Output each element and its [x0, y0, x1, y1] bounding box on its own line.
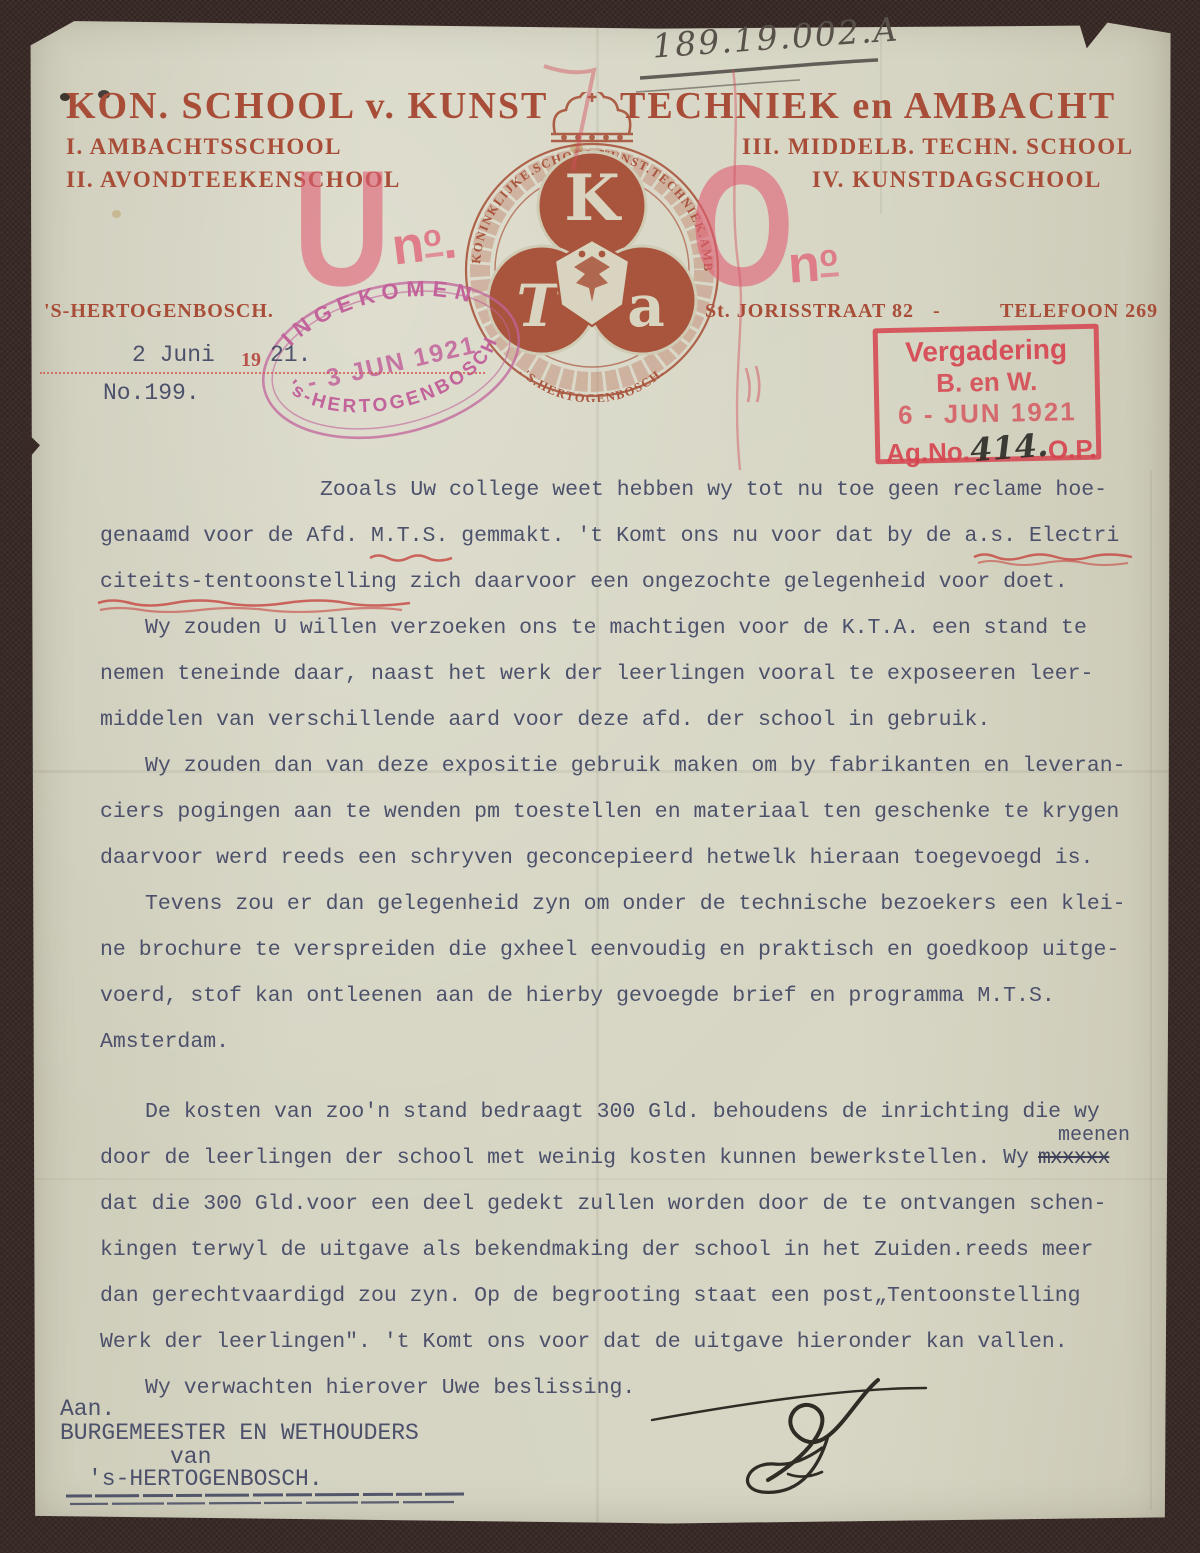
red-pen-marks: [520, 55, 780, 485]
date-form-line: [40, 352, 485, 374]
letterhead-sub-4: IV. KUNSTDAGSCHOOL: [812, 167, 1102, 193]
scanned-letter: 189.19.002.A KON. SCHOOL v. KUNST TECHNI…: [0, 0, 1200, 1553]
typed-line: ciers pogingen aan te wenden pm toestell…: [100, 800, 1150, 846]
typed-line: De kosten van zoo'n stand bedraagt 300 G…: [100, 1100, 1150, 1146]
letterhead-sub-3: III. MIDDELB. TECHN. SCHOOL: [742, 134, 1134, 160]
letterhead-phone: TELEFOON 269: [1000, 300, 1158, 323]
meeting-stamp-line1: Vergadering: [878, 333, 1095, 370]
meeting-stamp-op-label: O.P.: [1048, 434, 1097, 466]
closing-to: Aan.: [60, 1396, 115, 1422]
signature: [640, 1362, 940, 1512]
typed-line: dat die 300 Gld.voor een deel gedekt zul…: [100, 1192, 1150, 1238]
line-spacer: [100, 1076, 1150, 1100]
typed-line: dan gerechtvaardigd zou zyn. Op de begro…: [100, 1284, 1150, 1330]
meeting-stamp-agno-value-handwritten: 414.: [969, 426, 1050, 470]
number-stamp-right-no: no: [786, 236, 840, 291]
red-underline-tentoonstelling: [96, 597, 416, 613]
meeting-stamp: Vergadering B. en W. 6 - JUN 1921 Ag.No.…: [873, 324, 1102, 465]
closing-city: 's-HERTOGENBOSCH.: [88, 1466, 323, 1492]
typed-line: door de leerlingen der school met weinig…: [100, 1146, 1150, 1192]
stamp-degree: o: [818, 239, 839, 277]
stamp-n: n: [786, 235, 822, 295]
letterhead-city: 'S-HERTOGENBOSCH.: [44, 300, 274, 323]
interlinear-correction: meenen: [1058, 1124, 1130, 1147]
typed-line: Amsterdam.: [100, 1030, 1150, 1076]
typed-line: Wy zouden U willen verzoeken ons te mach…: [100, 616, 1150, 662]
typed-line: voerd, stof kan ontleenen aan de hierby …: [100, 984, 1150, 1030]
typed-date-year: 21.: [270, 342, 311, 368]
meeting-stamp-agno-label: Ag.No.: [886, 436, 970, 469]
printed-year-prefix: 19: [241, 349, 261, 372]
typed-line: kingen terwyl de uitgave als bekendmakin…: [100, 1238, 1150, 1284]
red-underline-electri: [972, 551, 1140, 567]
typed-line: daarvoor werd reeds een schryven geconce…: [100, 846, 1150, 892]
body-lines: Zooals Uw college weet hebben wy tot nu …: [100, 478, 1150, 1422]
closing-city-underline: [62, 1492, 472, 1510]
closing-addressee: BURGEMEESTER EN WETHOUDERS: [60, 1420, 419, 1446]
typed-line: Wy verwachten hierover Uwe beslissing.: [100, 1376, 1150, 1422]
red-underline-mts: [368, 551, 460, 563]
typed-line: Tevens zou er dan gelegenheid zyn om ond…: [100, 892, 1150, 938]
typed-line: Zooals Uw college weet hebben wy tot nu …: [100, 478, 1150, 524]
typed-line: nemen teneinde daar, naast het werk der …: [100, 662, 1150, 708]
foxing-spot: [112, 210, 121, 218]
document-number: No.199.: [103, 380, 200, 406]
typed-date-day: 2 Juni: [132, 342, 215, 368]
typed-line: Werk der leerlingen". 't Komt ons voor d…: [100, 1330, 1150, 1376]
typed-line: middelen van verschillende aard voor dez…: [100, 708, 1150, 754]
meeting-stamp-line2: B. en W.: [878, 365, 1095, 401]
crease-vertical-right: [1150, 470, 1152, 1510]
typed-line: Wy zouden dan van deze expositie gebruik…: [100, 754, 1150, 800]
struck-out-word: mxxxxx: [1038, 1146, 1109, 1170]
letterhead-separator: -: [933, 300, 941, 323]
typed-line: ne brochure te verspreiden die gxheel ee…: [100, 938, 1150, 984]
meeting-stamp-line3: 6 - JUN 1921: [879, 396, 1096, 432]
